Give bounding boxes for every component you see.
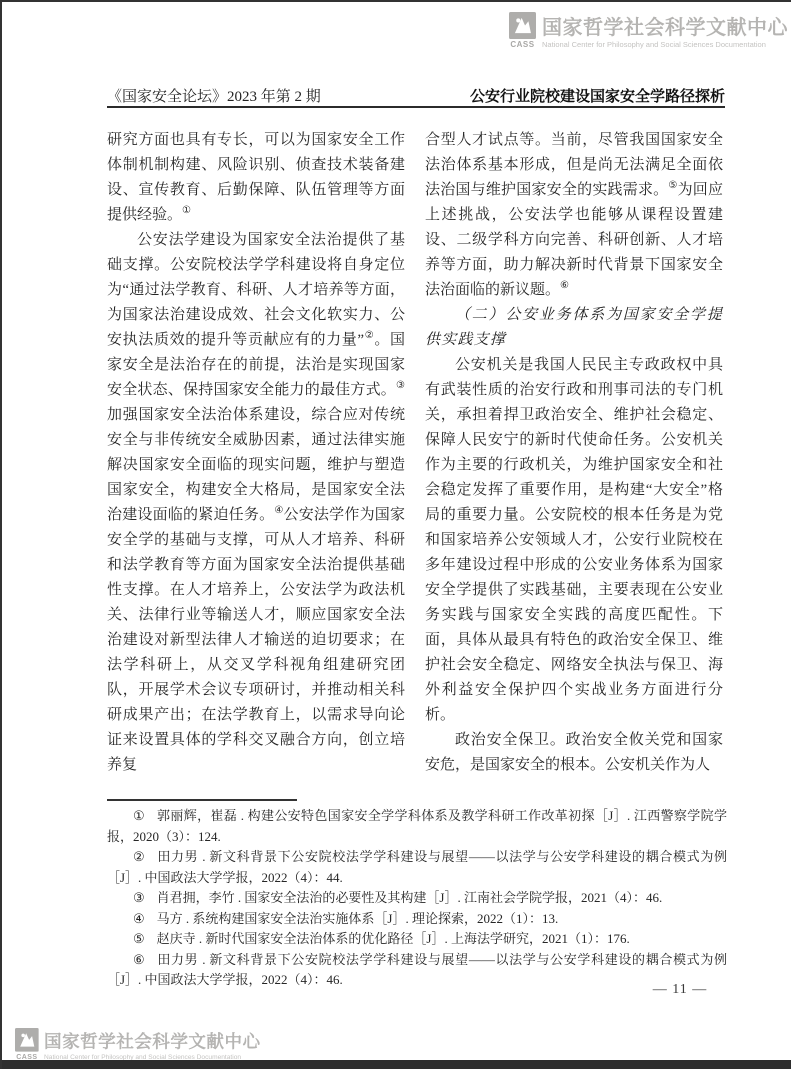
footnote-separator <box>107 799 297 801</box>
body-column-right: 合型人才试点等。当前，尽管我国国家安全法治体系基本形成，但是尚无法满足全面依法治… <box>425 128 723 778</box>
footnote-ref: ① <box>182 205 191 216</box>
footnote: ④马方 . 系统构建国家安全法治实施体系［J］. 理论探索，2022（1）：13… <box>107 909 727 930</box>
footnote-marker: ④ <box>133 911 145 926</box>
footnote-ref: ③ <box>396 380 405 391</box>
body-paragraph: 政治安全保卫。政治安全攸关党和国家安危，是国家安全的根本。公安机关作为人 <box>425 728 723 778</box>
body-paragraph: 公安法学建设为国家安全法治提供了基础支撑。公安院校法学学科建设将自身定位为“通过… <box>107 228 405 778</box>
page-number: — 11 — <box>630 982 730 998</box>
footnote: ①郭丽辉，崔磊 . 构建公安特色国家安全学学科体系及教学科研工作改革初探［J］.… <box>107 806 727 847</box>
footnote: ②田力男 . 新文科背景下公安院校法学学科建设与展望——以法学与公安学科建设的耦… <box>107 847 727 888</box>
footnotes: ①郭丽辉，崔磊 . 构建公安特色国家安全学学科体系及教学科研工作改革初探［J］.… <box>107 806 727 991</box>
body-paragraph: 合型人才试点等。当前，尽管我国国家安全法治体系基本形成，但是尚无法满足全面依法治… <box>425 128 723 303</box>
footnote-ref: ④ <box>274 505 283 516</box>
body-paragraph: 公安机关是我国人民民主专政政权中具有武装性质的治安行政和刑事司法的专门机关，承担… <box>425 353 723 728</box>
cass-logo-top: CASS 国家哲学社会科学文献中心 National Center for Ph… <box>509 12 788 49</box>
footnote-marker: ① <box>133 808 145 823</box>
cass-name-en: National Center for Philosophy and Socia… <box>542 40 788 49</box>
article-title: 公安行业院校建设国家安全学路径探析 <box>470 85 725 106</box>
footnote-ref: ⑤ <box>668 180 677 191</box>
journal-issue-label: 《国家安全论坛》2023 年第 2 期 <box>107 85 321 106</box>
section-subheading: （二）公安业务体系为国家安全学提供实践支撑 <box>425 303 723 353</box>
journal-page: CASS 国家哲学社会科学文献中心 National Center for Ph… <box>0 0 791 1069</box>
footnote: ⑤赵庆寺 . 新时代国家安全法治体系的优化路径［J］. 上海法学研究，2021（… <box>107 929 727 950</box>
footnote-marker: ③ <box>133 890 145 905</box>
footnote: ③肖君拥，李竹 . 国家安全法治的必要性及其构建［J］. 江南社会学院学报，20… <box>107 888 727 909</box>
cass-logo-bottom: CASS 国家哲学社会科学文献中心 National Center for Ph… <box>15 1028 261 1061</box>
cass-logo-icon <box>15 1028 39 1052</box>
footnote-ref: ② <box>364 330 374 341</box>
body-paragraph: 研究方面也具有专长，可以为国家安全工作体制机制构建、风险识别、侦查技术装备建设、… <box>107 128 405 228</box>
cass-name-cn: 国家哲学社会科学文献中心 <box>542 17 788 39</box>
bottom-dark-bar <box>2 1060 791 1069</box>
body-column-left: 研究方面也具有专长，可以为国家安全工作体制机制构建、风险识别、侦查技术装备建设、… <box>107 128 405 778</box>
header-rule <box>107 106 725 108</box>
cass-name-cn: 国家哲学社会科学文献中心 <box>44 1032 260 1051</box>
footnote-marker: ② <box>133 849 145 864</box>
cass-abbr: CASS <box>509 40 536 49</box>
footnote-ref: ⑥ <box>560 280 569 291</box>
footnote-marker: ⑤ <box>133 931 145 946</box>
running-header: 《国家安全论坛》2023 年第 2 期 公安行业院校建设国家安全学路径探析 <box>107 85 725 106</box>
footnote-marker: ⑥ <box>133 952 145 967</box>
cass-logo-icon <box>509 12 536 39</box>
